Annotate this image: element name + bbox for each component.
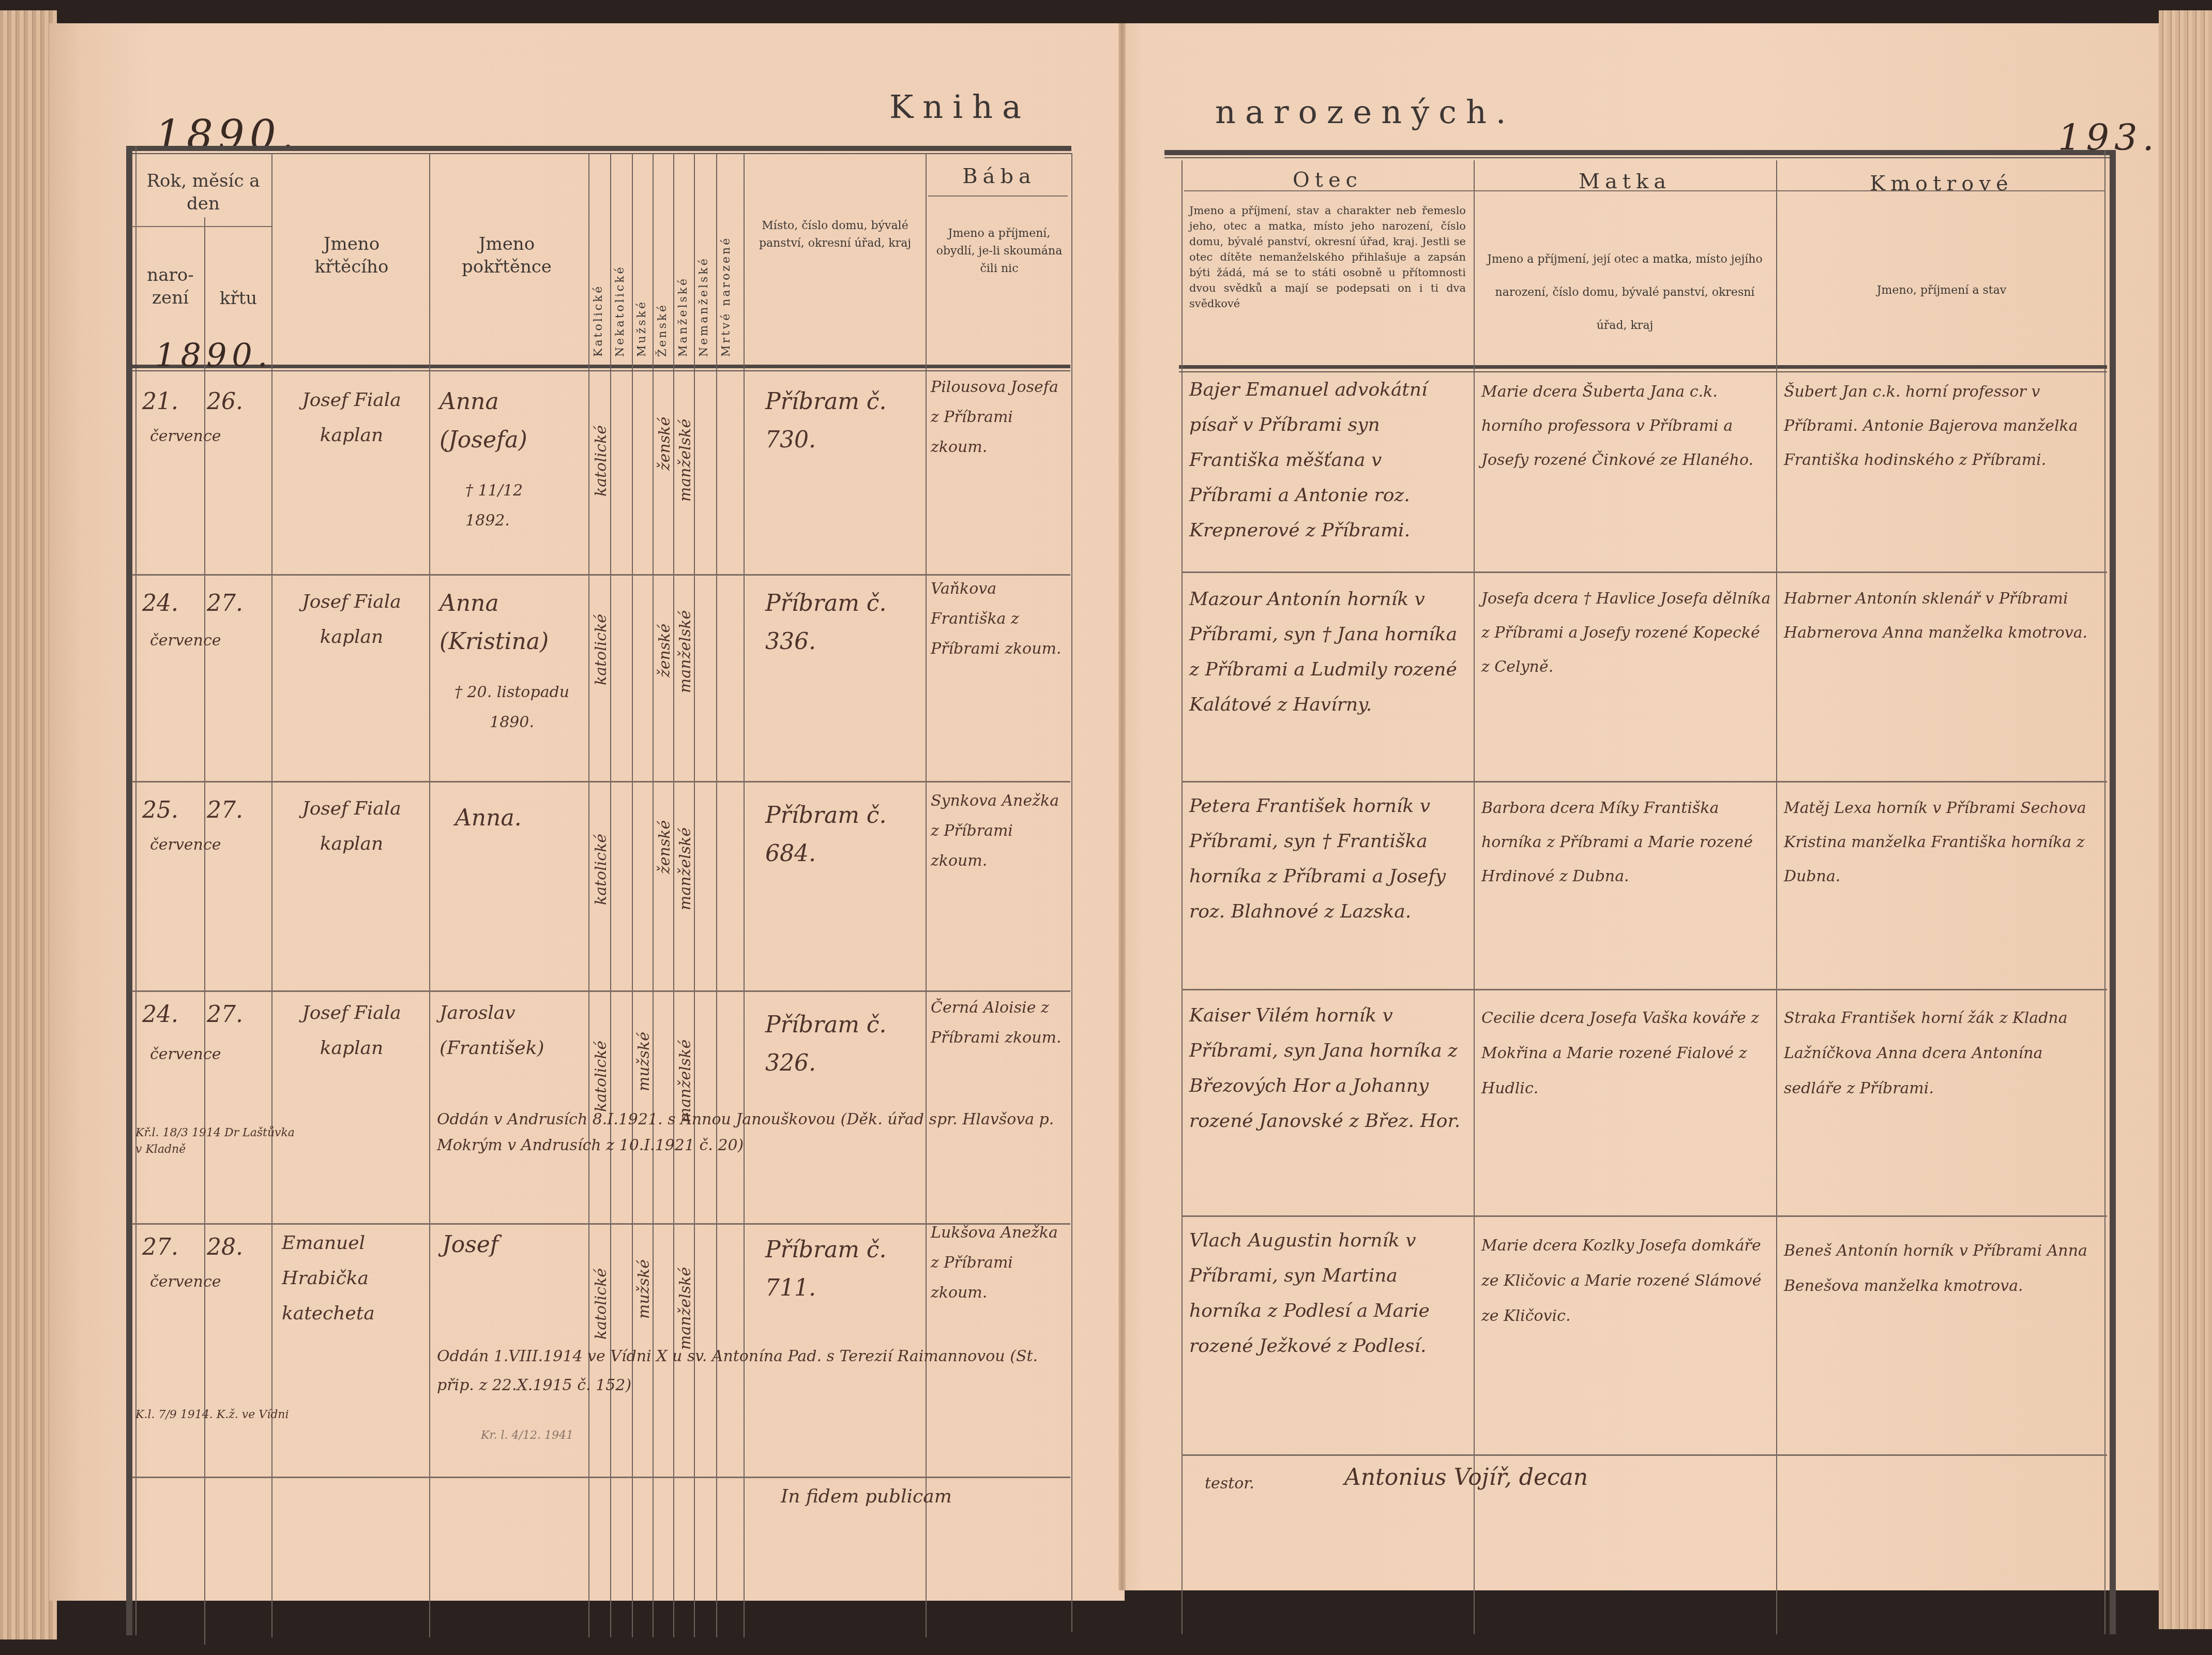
child-death-note: † 20. listopadu 1890. xyxy=(445,678,579,738)
row-separator-right-2 xyxy=(1181,781,2107,783)
child-name: Anna. xyxy=(455,799,574,837)
header-pokrtence: Jmeno pokřtěnce xyxy=(445,233,569,278)
table-top-rule-right xyxy=(1164,150,2113,155)
legitimacy-mark: manželské xyxy=(676,807,694,910)
father: Kaiser Vilém horník v Příbrami, syn Jana… xyxy=(1189,998,1468,1139)
witness-label: testor. xyxy=(1205,1469,1254,1499)
legitimacy-mark: manželské xyxy=(676,1241,694,1350)
month: července xyxy=(150,422,221,452)
header-nekatolicke: Nekatolické xyxy=(614,243,627,357)
row-separator-right-4 xyxy=(1181,1215,2107,1217)
father: Bajer Emanuel advokátní písař v Příbrami… xyxy=(1189,372,1468,548)
mother: Marie dcera Šuberta Jana c.k. horního pr… xyxy=(1481,375,1771,477)
table-left-border xyxy=(126,146,132,1635)
margin-note: Kř.l. 18/3 1914 Dr Laštůvka v Kladně xyxy=(135,1125,301,1158)
marriage-note: Oddán v Andrusích 8.I.1921. s Annou Jano… xyxy=(437,1107,1068,1158)
month: července xyxy=(150,1040,221,1070)
birth-day: 24. xyxy=(142,584,178,623)
table-top-rule-left xyxy=(129,146,1071,151)
header-krtici: Jmeno křtěcího xyxy=(290,233,414,278)
marriage-note: Oddán 1.VIII.1914 ve Vídni X u sv. Anton… xyxy=(437,1342,1068,1400)
child-name: Anna (Kristina) xyxy=(440,584,579,661)
month: července xyxy=(150,626,221,656)
col-line-left-end xyxy=(1071,153,1072,1632)
year-handwritten-top: 1890. xyxy=(155,111,299,159)
baptism-day: 28. xyxy=(207,1228,243,1267)
attestation-text: In fidem publicam xyxy=(781,1479,1039,1514)
birthplace: Příbram č. 326. xyxy=(765,1006,915,1082)
birthplace: Příbram č. 730. xyxy=(765,383,915,459)
midwife: Černá Aloisie z Příbrami zkoum. xyxy=(931,993,1068,1053)
priest: Josef Fiala kaplan xyxy=(279,791,424,862)
col-line-mrtve xyxy=(716,153,717,1637)
birth-day: 25. xyxy=(142,791,178,830)
sex-mark: mužské xyxy=(635,1241,653,1319)
header-narozeni: naro- zení xyxy=(135,264,205,309)
dean-signature: Antonius Vojíř, decan xyxy=(1344,1458,1706,1497)
header-kmotrove-desc: Jmeno, příjmení a stav xyxy=(1776,282,2107,299)
header-otec-desc: Jmeno a příjmení, stav a charakter neb ř… xyxy=(1189,203,1466,311)
col-line-matka xyxy=(1474,160,1475,1634)
header-date-group: Rok, měsíc a den xyxy=(135,170,271,215)
birthplace: Příbram č. 684. xyxy=(765,796,915,873)
row-separator-left-2 xyxy=(132,781,1070,783)
page-edges-left xyxy=(0,10,57,1639)
legitimacy-mark: manželské xyxy=(676,1014,694,1122)
sex-mark: ženské xyxy=(656,807,674,874)
year-handwritten-header: 1890. xyxy=(155,336,273,374)
header-baba-desc: Jmeno a příjmení, obydlí, je-li skoumána… xyxy=(928,225,1070,278)
legitimacy-mark: manželské xyxy=(676,584,694,693)
religion-mark: katolické xyxy=(592,1231,610,1340)
col-line-pokrtence xyxy=(429,153,430,1637)
row-separator-right-3 xyxy=(1181,989,2107,990)
sex-mark: ženské xyxy=(656,393,674,471)
priest: Josef Fiala kaplan xyxy=(279,584,424,655)
sex-mark: mužské xyxy=(635,1014,653,1091)
col-line-misto xyxy=(744,153,745,1637)
table-top-rule-thin-left xyxy=(129,153,1071,154)
col-line-kmotrove xyxy=(1776,160,1777,1634)
header-katolicke: Katolické xyxy=(592,243,605,357)
mother: Josefa dcera † Havlice Josefa dělníka z … xyxy=(1481,582,1771,684)
birthplace: Příbram č. 711. xyxy=(765,1231,915,1307)
month: července xyxy=(150,830,221,860)
child-death-note: † 11/12 1892. xyxy=(465,476,558,536)
midwife: Synkova Anežka z Příbrami zkoum. xyxy=(931,786,1068,876)
mother: Marie dcera Kozlky Josefa domkáře ze Kli… xyxy=(1481,1228,1771,1334)
col-line-otec xyxy=(1181,160,1183,1634)
father: Petera František horník v Příbrami, syn … xyxy=(1189,789,1468,929)
header-matka-desc: Jmeno a příjmení, její otec a matka, mís… xyxy=(1484,243,1766,342)
table-right-border-thin xyxy=(2104,150,2105,1634)
col-line-baba xyxy=(926,153,927,1637)
baptism-day: 27. xyxy=(207,996,243,1034)
father: Vlach Augustin horník v Příbrami, syn Ma… xyxy=(1189,1223,1468,1364)
child-name: Josef xyxy=(442,1226,577,1264)
pencil-note: Kr. l. 4/12. 1941 xyxy=(481,1427,605,1444)
baba-divider xyxy=(928,195,1068,197)
month: července xyxy=(150,1267,221,1297)
col-line-katolicke xyxy=(588,153,589,1637)
midwife: Lukšova Anežka z Příbrami zkoum. xyxy=(931,1218,1068,1308)
baptism-day: 27. xyxy=(207,584,243,623)
title-kniha: Kniha xyxy=(889,88,1031,126)
religion-mark: katolické xyxy=(592,372,610,496)
godparents: Beneš Antonín horník v Příbrami Anna Ben… xyxy=(1784,1233,2099,1304)
godparents: Habrner Antonín sklenář v Příbrami Habrn… xyxy=(1784,582,2099,650)
godparents: Šubert Jan c.k. horní professor v Příbra… xyxy=(1784,375,2099,477)
col-line-zenske xyxy=(653,153,654,1637)
priest: Emanuel Hrabička katecheta xyxy=(282,1226,421,1331)
book-gutter xyxy=(1118,23,1126,1590)
header-manzelske: Manželské xyxy=(677,243,690,357)
birth-day: 24. xyxy=(142,996,178,1034)
baptism-day: 26. xyxy=(207,383,243,421)
col-line-nekatolicke xyxy=(610,153,611,1637)
col-line-muzske xyxy=(632,153,633,1637)
baptism-day: 27. xyxy=(207,791,243,830)
religion-mark: katolické xyxy=(592,1009,610,1112)
legitimacy-mark: manželské xyxy=(676,393,694,502)
row-separator-left-1 xyxy=(132,574,1070,576)
child-name: Anna (Josefa) xyxy=(440,383,579,459)
row-separator-left-5 xyxy=(132,1477,1070,1478)
col-line-manzelske xyxy=(673,153,674,1637)
godparents: Straka František horní žák z Kladna Lažn… xyxy=(1784,1001,2099,1106)
religion-mark: katolické xyxy=(592,582,610,685)
midwife: Vaňkova Františka z Příbrami zkoum. xyxy=(931,574,1068,664)
father: Mazour Antonín horník v Příbrami, syn † … xyxy=(1189,582,1468,723)
table-right-border xyxy=(2110,150,2116,1634)
header-zenske: Ženské xyxy=(656,243,669,357)
child-name: Jaroslav (František) xyxy=(440,996,584,1066)
priest: Josef Fiala kaplan xyxy=(279,383,424,453)
row-separator-right-5 xyxy=(1181,1454,2107,1456)
date-group-divider xyxy=(132,226,271,227)
priest: Josef Fiala kaplan xyxy=(279,996,424,1066)
midwife: Pilousova Josefa z Příbrami zkoum. xyxy=(931,372,1068,462)
birth-day: 21. xyxy=(142,383,178,421)
mother: Barbora dcera Míky Františka horníka z P… xyxy=(1481,791,1771,894)
table-top-rule-thin-right xyxy=(1164,157,2113,158)
row-separator-left-3 xyxy=(132,990,1070,992)
header-mrtve: Mrtvé narozené xyxy=(720,228,733,357)
sex-mark: ženské xyxy=(656,610,674,678)
header-baba: Bába xyxy=(928,164,1070,188)
mother: Cecilie dcera Josefa Vaška kováře z Mokř… xyxy=(1481,1001,1771,1106)
religion-mark: katolické xyxy=(592,802,610,905)
header-bottom-rule-right xyxy=(1179,365,2107,369)
header-kmotrove: Kmotrové xyxy=(1776,172,2107,195)
birth-day: 27. xyxy=(142,1228,178,1267)
godparents: Matěj Lexa horník v Příbrami Sechova Kri… xyxy=(1784,791,2099,894)
page-edges-right xyxy=(2159,10,2212,1629)
title-narozenych: narozených. xyxy=(1215,93,1516,131)
header-muzske: Mužské xyxy=(635,243,648,357)
row-separator-right-1 xyxy=(1181,571,2107,573)
header-nemanzelske: Nemanželské xyxy=(698,243,710,357)
row-separator-left-4 xyxy=(132,1223,1070,1225)
margin-note: K.l. 7/9 1914. K.ž. ve Vídni xyxy=(135,1407,301,1423)
header-misto: Místo, číslo domu, bývalé panství, okres… xyxy=(755,217,915,252)
birthplace: Příbram č. 336. xyxy=(765,584,915,661)
header-otec: Otec xyxy=(1181,168,1474,192)
header-matka: Matka xyxy=(1474,170,1776,193)
header-krtu: křtu xyxy=(205,287,271,310)
